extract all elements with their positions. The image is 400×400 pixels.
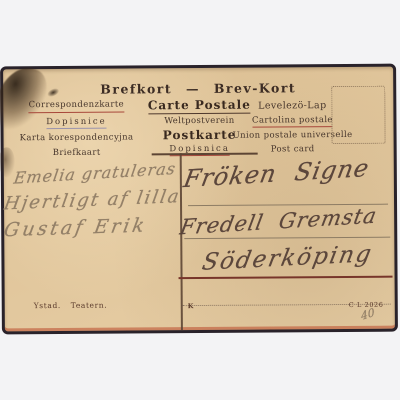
label-weltpostverein: Weltpostverein xyxy=(164,116,234,127)
label-karta-korespondencyjna: Karta korespondencyjna xyxy=(20,132,134,143)
pencil-number: 40 xyxy=(360,306,375,323)
stamp-box xyxy=(331,86,385,144)
message-line-3: Gustaf Erik xyxy=(2,214,149,241)
label-correspondenzkarte: Correspondenzkarte xyxy=(29,100,125,113)
message-line-2: Hjertligt af lilla xyxy=(2,186,182,215)
message-line-1: Emelia gratuleras xyxy=(13,159,178,188)
address-line-3: Söderköping xyxy=(200,241,375,276)
address-ruled-line-3 xyxy=(179,276,393,279)
label-post-card: Post card xyxy=(271,144,315,155)
photo-background: Brefkort — Brev-Kort Correspondenzkarte … xyxy=(0,0,400,400)
label-cartolina-postale: Cartolina postale xyxy=(252,115,333,128)
caption-ystad-teatern: Ystad. Teatern. xyxy=(34,301,107,311)
divider-vertical-line xyxy=(180,153,183,330)
label-levelezo-lap: Levelezö-Lap xyxy=(258,101,326,112)
label-briefkaart: Briefkaart xyxy=(53,147,101,158)
label-dopisnice: Dopisnice xyxy=(46,116,107,129)
postcard: Brefkort — Brev-Kort Correspondenzkarte … xyxy=(0,64,398,335)
printer-mark-k: K xyxy=(188,302,194,310)
address-line-2: Fredell Gremsta xyxy=(178,203,379,239)
header-left-column: Correspondenzkarte Dopisnice Karta kores… xyxy=(9,99,143,158)
address-line-1: Fröken Signe xyxy=(181,154,372,193)
